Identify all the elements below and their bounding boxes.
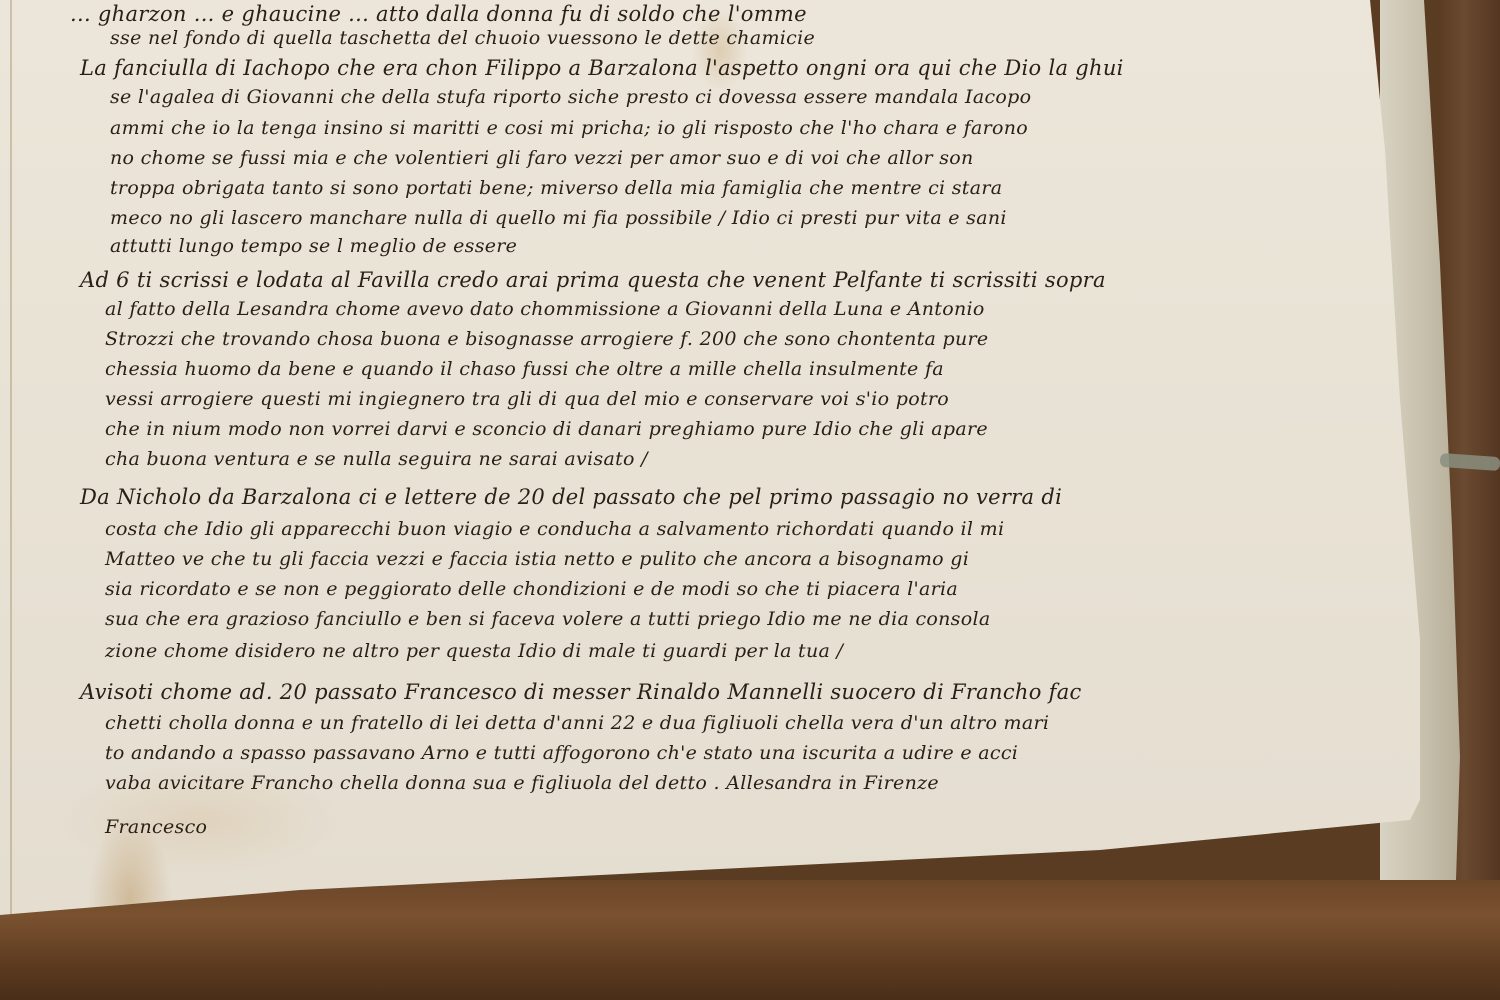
manuscript-line: sua che era grazioso fanciullo e ben si … (105, 608, 990, 630)
manuscript-line: Francesco (105, 816, 207, 838)
manuscript-line: se l'agalea di Giovanni che della stufa … (110, 86, 1031, 108)
wooden-frame-bottom (0, 880, 1500, 1000)
manuscript-line: cha buona ventura e se nulla seguira ne … (105, 448, 648, 470)
manuscript-line: sse nel fondo di quella taschetta del ch… (110, 27, 815, 49)
manuscript-line: Ad 6 ti scrissi e lodata al Favilla cred… (80, 268, 1106, 292)
manuscript-line: ... gharzon ... e ghaucine ... atto dall… (70, 2, 807, 26)
manuscript-line: costa che Idio gli apparecchi buon viagi… (105, 518, 1004, 540)
manuscript-line: chetti cholla donna e un fratello di lei… (105, 712, 1049, 734)
manuscript-line: zione chome disidero ne altro per questa… (105, 640, 843, 662)
manuscript-line: al fatto della Lesandra chome avevo dato… (105, 298, 985, 320)
manuscript-line: no chome se fussi mia e che volentieri g… (110, 147, 974, 169)
manuscript-line: sia ricordato e se non e peggiorato dell… (105, 578, 958, 600)
manuscript-line: La fanciulla di Iachopo che era chon Fil… (80, 56, 1124, 80)
manuscript-line: ammi che io la tenga insino si maritti e… (110, 117, 1028, 139)
manuscript-line: chessia huomo da bene e quando il chaso … (105, 358, 944, 380)
manuscript-line: vessi arrogiere questi mi ingiegnero tra… (105, 388, 949, 410)
manuscript-line: vaba avicitare Francho chella donna sua … (105, 772, 939, 794)
manuscript-line: Matteo ve che tu gli faccia vezzi e facc… (105, 548, 969, 570)
manuscript-line: meco no gli lascero manchare nulla di qu… (110, 207, 1007, 229)
manuscript-page: ... gharzon ... e ghaucine ... atto dall… (0, 0, 1420, 915)
manuscript-line: che in nium modo non vorrei darvi e scon… (105, 418, 988, 440)
manuscript-line: to andando a spasso passavano Arno e tut… (105, 742, 1018, 764)
manuscript-line: Strozzi che trovando chosa buona e bisog… (105, 328, 988, 350)
manuscript-line: Avisoti chome ad. 20 passato Francesco d… (80, 680, 1082, 704)
manuscript-line: troppa obrigata tanto si sono portati be… (110, 177, 1002, 199)
page-fold-line (10, 0, 12, 915)
manuscript-line: Da Nicholo da Barzalona ci e lettere de … (80, 485, 1062, 509)
manuscript-line: attutti lungo tempo se l meglio de esser… (110, 235, 517, 257)
